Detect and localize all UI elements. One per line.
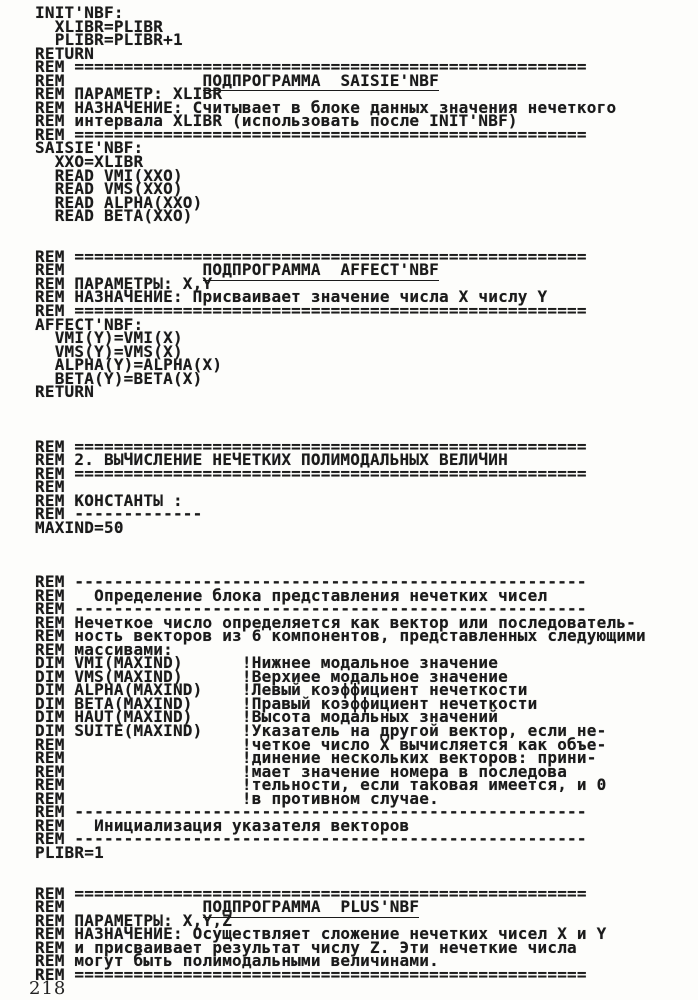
code-line <box>35 548 646 562</box>
subroutine-heading: ПОДПРОГРАММА SAISIE'NBF <box>203 71 439 92</box>
code-listing: INIT'NBF: XLIBR=PLIBR PLIBR=PLIBR+1RETUR… <box>35 6 646 981</box>
code-line: BETA(Y)=BETA(X) <box>35 372 646 386</box>
code-line <box>35 859 646 873</box>
code-line: PLIBR=PLIBR+1 <box>35 33 646 47</box>
subroutine-heading: ПОДПРОГРАММА PLUS'NBF <box>203 897 420 918</box>
code-line: REM ------------- <box>35 507 646 521</box>
code-line: READ BETA(XXO) <box>35 209 646 223</box>
code-line: REM ====================================… <box>35 467 646 481</box>
code-line <box>35 534 646 548</box>
code-line <box>35 399 646 413</box>
subroutine-heading: ПОДПРОГРАММА AFFECT'NBF <box>203 260 439 281</box>
code-line <box>35 412 646 426</box>
page-number: 218 <box>29 978 66 999</box>
code-line: REM ====================================… <box>35 968 646 982</box>
code-line: REM ------------------------------------… <box>35 832 646 846</box>
scanned-book-page: INIT'NBF: XLIBR=PLIBR PLIBR=PLIBR+1RETUR… <box>0 0 698 1000</box>
